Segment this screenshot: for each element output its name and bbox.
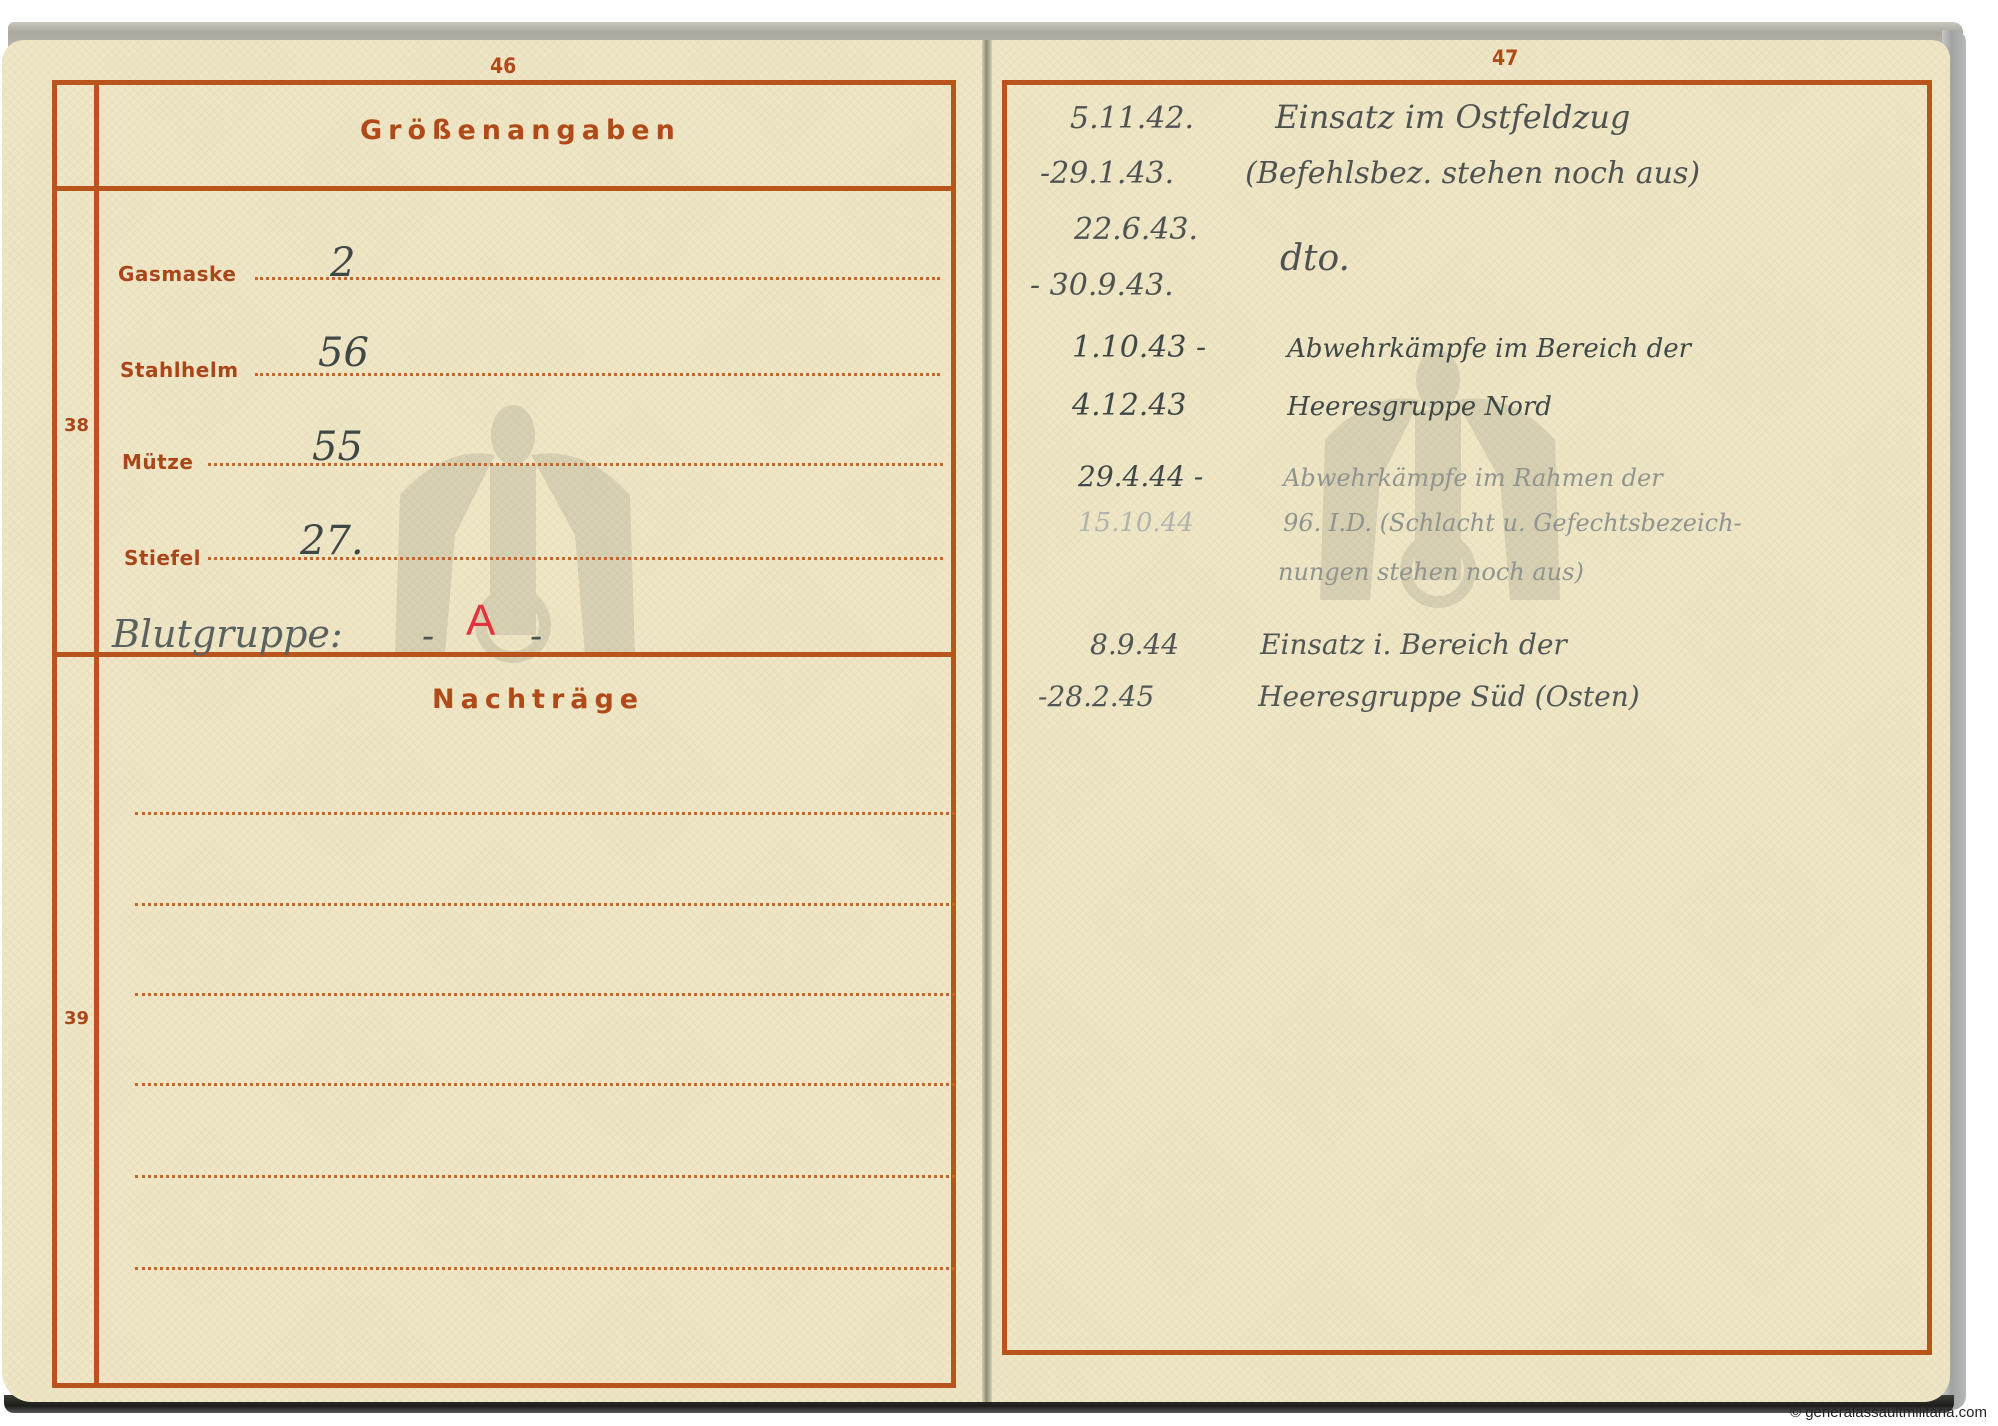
left-margin-rule [94, 80, 99, 1388]
field-value: 2 [330, 240, 355, 286]
field-value: 56 [318, 330, 369, 376]
addenda-line [135, 1267, 955, 1270]
side-number-39: 39 [64, 1008, 89, 1029]
book-gutter [982, 40, 992, 1402]
entry-row: - 30.9.43. [1030, 268, 1430, 303]
entry-date: - 30.9.43. [1030, 268, 1430, 303]
entry-row: 1.10.43 - Abwehrkämpfe im Bereich der [1072, 330, 1691, 365]
entry-date: 8.9.44 [1090, 628, 1255, 661]
entry-date: -28.2.45 [1038, 680, 1253, 713]
entry-date: 22.6.43. [1040, 212, 1274, 247]
side-number-38: 38 [64, 415, 89, 436]
sizes-heading: Größenangaben [360, 115, 681, 146]
copyright-watermark: © generalassaultmilitaria.com [1790, 1404, 1987, 1421]
entry-text: 96. I.D. (Schlacht u. Gefechtsbezeich- [1283, 509, 1742, 537]
entry-row: nungen stehen noch aus) [1278, 558, 1584, 586]
entry-date: 29.4.44 - [1078, 460, 1278, 493]
entry-row: -28.2.45 Heeresgruppe Süd (Osten) [1038, 680, 1640, 713]
entry-row: 4.12.43 Heeresgruppe Nord [1072, 388, 1552, 423]
addenda-line [135, 812, 955, 815]
addenda-line [135, 1175, 955, 1178]
entry-row: 8.9.44 Einsatz i. Bereich der [1090, 628, 1567, 661]
entry-row: 15.10.44 96. I.D. (Schlacht u. Gefechtsb… [1078, 508, 1742, 538]
entry-text: Einsatz im Ostfeldzug [1275, 98, 1630, 136]
field-label: Stahlhelm [120, 358, 239, 382]
field-label: Stiefel [124, 546, 201, 570]
entry-text: Abwehrkämpfe im Bereich der [1287, 334, 1691, 364]
entry-row: -29.1.43. (Befehlsbez. stehen noch aus) [1040, 156, 1700, 191]
entry-row: 22.6.43. [1040, 212, 1274, 247]
addenda-line [135, 903, 955, 906]
entry-date: 5.11.42. [1040, 101, 1270, 136]
field-label: Gasmaske [118, 262, 236, 286]
entry-date: 1.10.43 - [1072, 330, 1282, 365]
field-value: 55 [312, 424, 363, 470]
entry-row: 5.11.42. Einsatz im Ostfeldzug [1040, 98, 1630, 136]
addenda-line [135, 993, 955, 996]
entry-date: -29.1.43. [1040, 156, 1240, 191]
entry-text: Heeresgruppe Süd (Osten) [1258, 680, 1640, 713]
field-value: 27. [300, 518, 364, 564]
field-label: Mütze [122, 450, 193, 474]
addenda-line [135, 1083, 955, 1086]
entry-text: dto. [1280, 238, 1350, 279]
entry-text: (Befehlsbez. stehen noch aus) [1245, 156, 1700, 191]
header-divider [52, 186, 956, 191]
left-page-number: 46 [490, 54, 516, 78]
entry-date: 15.10.44 [1078, 508, 1278, 538]
entry-text: nungen stehen noch aus) [1278, 558, 1584, 586]
field-dotline [255, 277, 940, 280]
entry-text: Abwehrkämpfe im Rahmen der [1283, 464, 1663, 492]
right-page-number: 47 [1492, 46, 1518, 70]
blood-group-label: Blutgruppe: [112, 612, 343, 656]
entry-text: Heeresgruppe Nord [1287, 392, 1552, 422]
blood-group-dash: - [422, 616, 434, 657]
entry-date: 4.12.43 [1072, 388, 1282, 423]
entry-row: 29.4.44 - Abwehrkämpfe im Rahmen der [1078, 460, 1663, 493]
entry-text: Einsatz i. Bereich der [1260, 628, 1567, 661]
blood-group-value: A [466, 596, 495, 646]
blood-group-dash: - [530, 616, 542, 657]
addenda-heading-text: Nachträge [432, 684, 644, 715]
